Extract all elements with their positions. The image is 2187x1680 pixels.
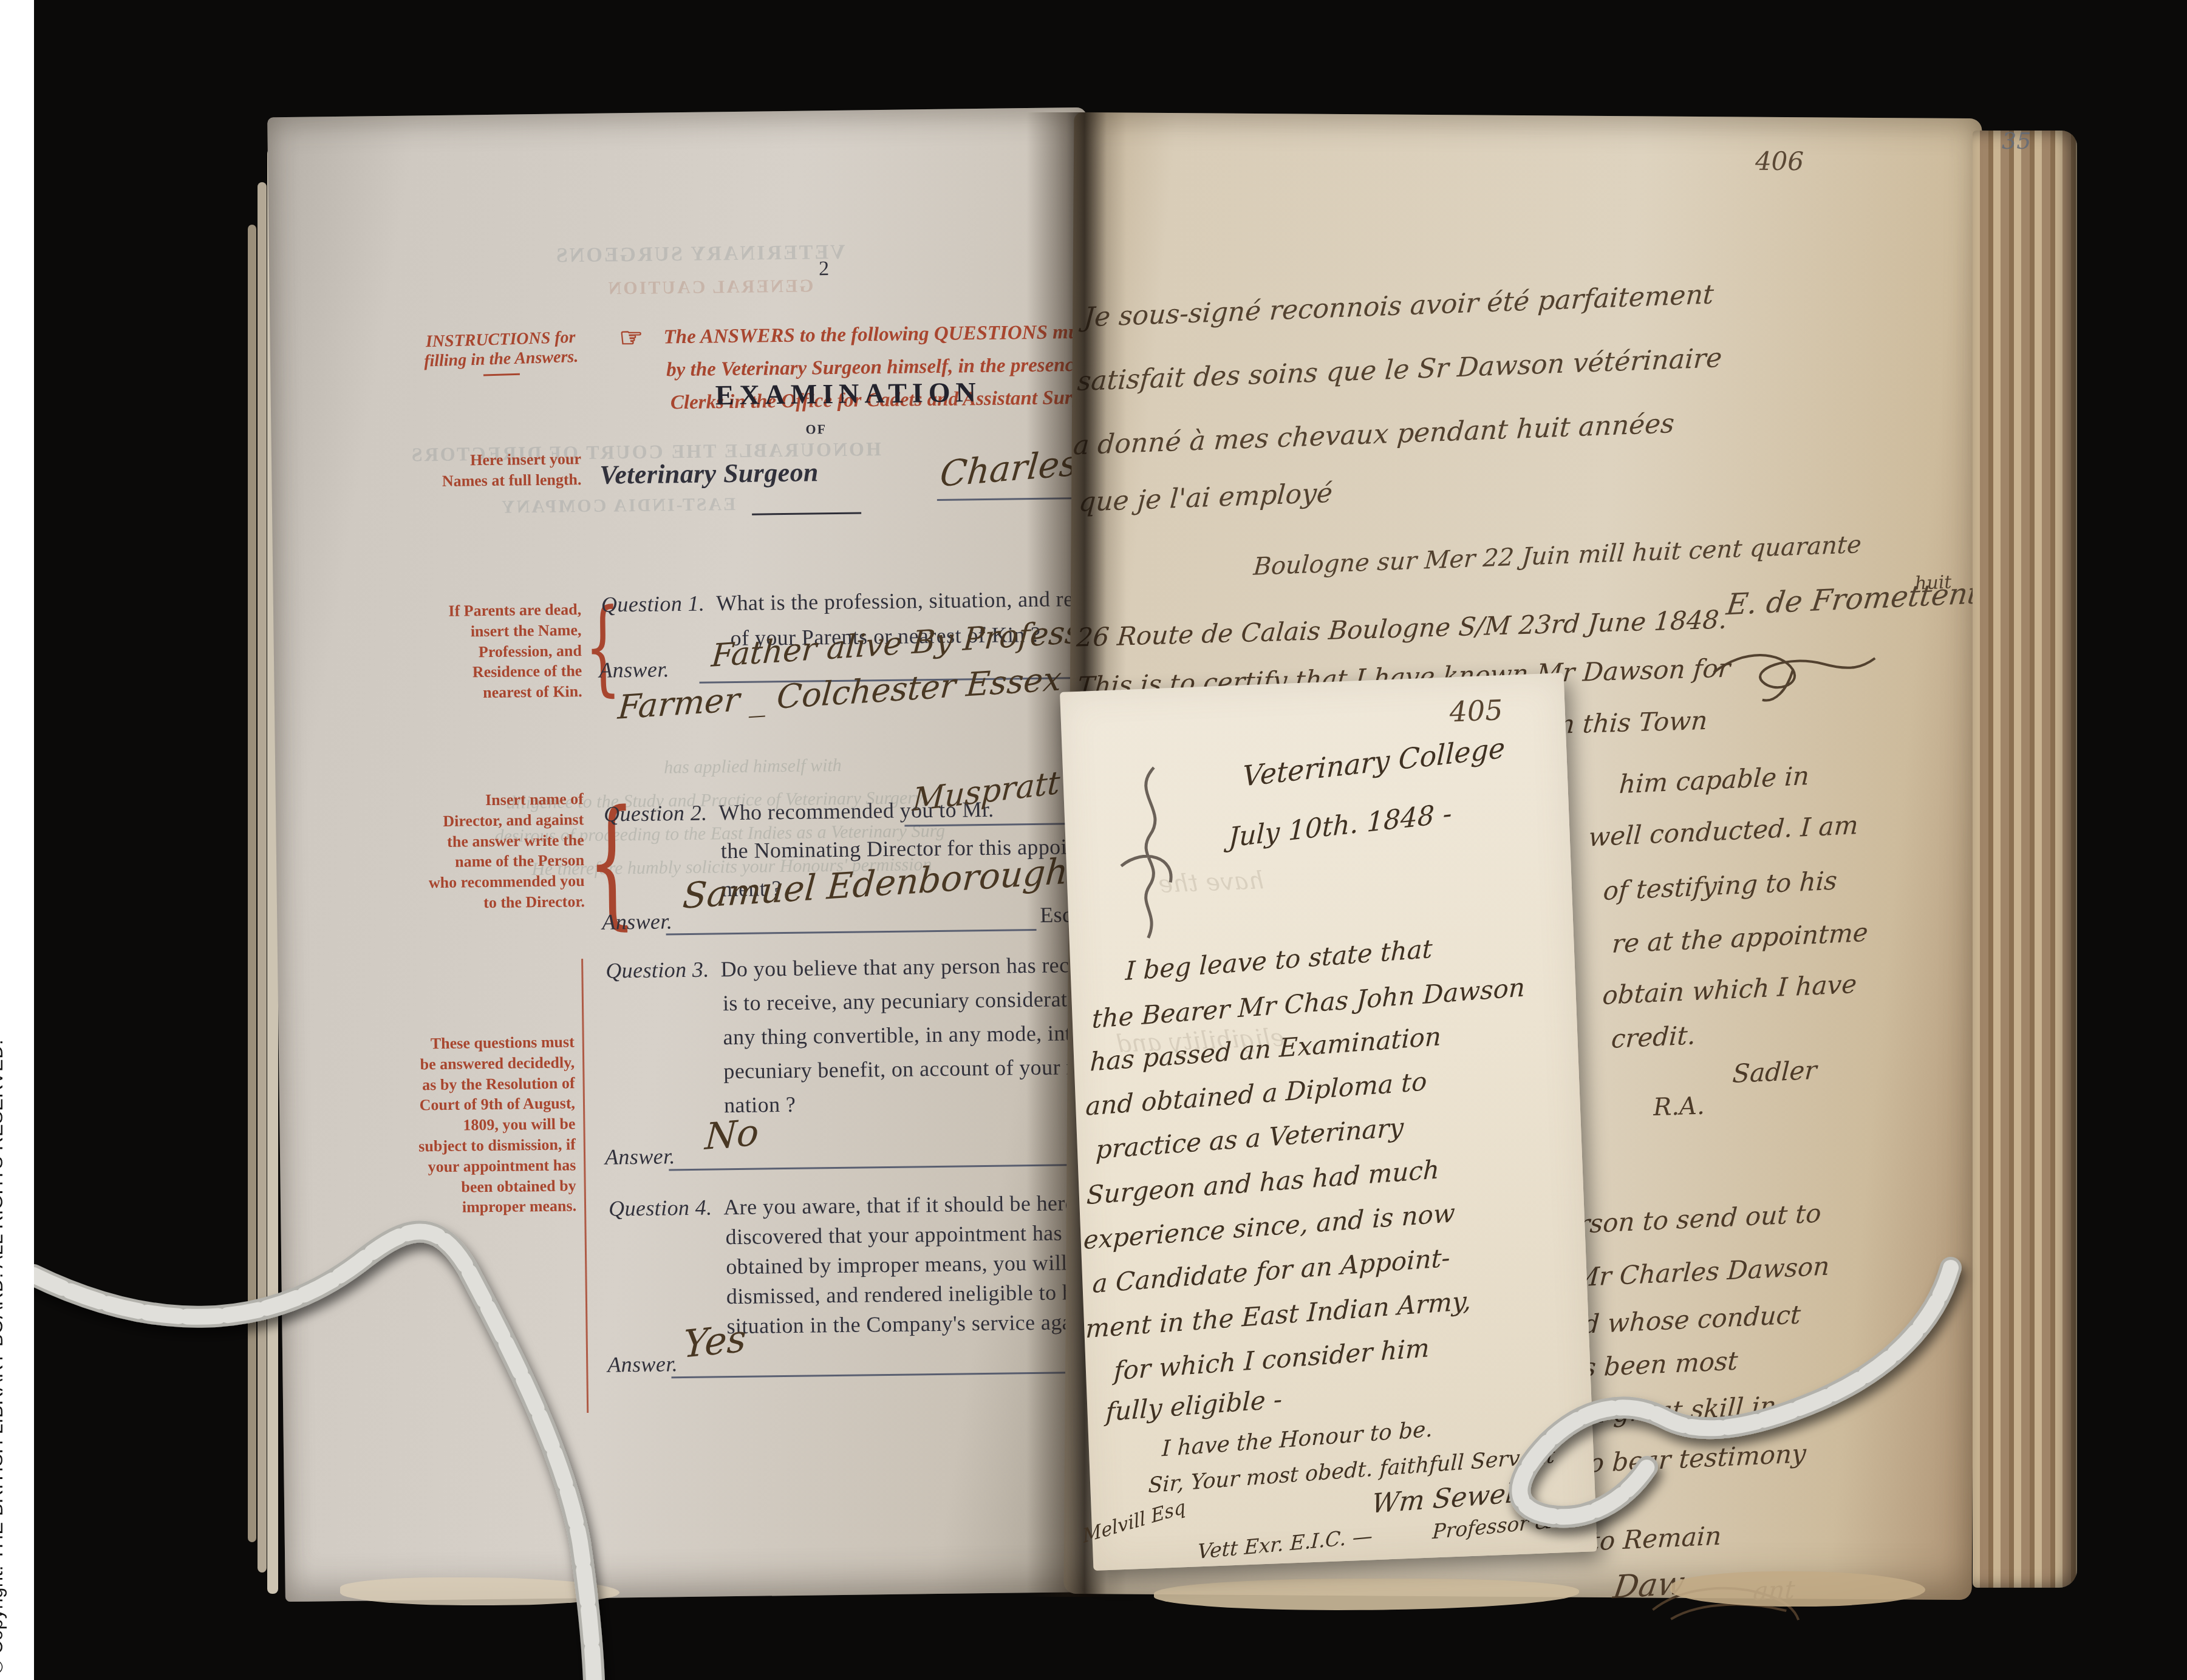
note-line: fully eligible -: [1105, 1384, 1283, 1427]
scanned-book-photograph: VETERINARY SURGEONS GENERAL CAUTION HONO…: [0, 0, 2187, 1680]
pointing-hand-icon: ☞: [619, 322, 643, 353]
french-line: Je sous-signé reconnois avoir été parfai…: [1083, 279, 1714, 333]
handwriting-fragment: re at the appointme: [1611, 917, 1869, 959]
bleedthrough-text: have the: [1158, 866, 1264, 899]
q4-label: Question 4.: [609, 1195, 712, 1221]
handwriting-fragment: Mr Charles Dawson: [1572, 1251, 1830, 1292]
q4-answer-label: Answer.: [607, 1351, 678, 1377]
note-footer-left: Melvill Esq: [1081, 1496, 1187, 1548]
torn-paper-edge: [340, 1577, 619, 1605]
copyright-text: © Copyright. THE BRITISH LIBRARY BOARD. …: [0, 1039, 7, 1674]
q1-margin-note: If Parents are dead, insert the Name, Pr…: [428, 599, 582, 704]
torn-paper-edge: [1670, 1571, 1925, 1607]
q3-margin-note: These questions must be answered decided…: [415, 1032, 577, 1218]
torn-paper-edge: [1154, 1579, 1579, 1610]
handwriting-fragment: him capable in: [1619, 761, 1810, 799]
page-number: 406: [1755, 146, 1804, 177]
handwriting-fragment: person to send out to: [1546, 1198, 1822, 1240]
q2-answer-rule: [666, 929, 1037, 935]
bleedthrough-text: VETERINARY SURGEONS: [554, 241, 845, 268]
note-heading: Veterinary College: [1242, 732, 1506, 793]
french-line: satisfait des soins que le Sr Dawson vét…: [1076, 342, 1723, 397]
copyright-strip: © Copyright. THE BRITISH LIBRARY BOARD. …: [0, 0, 34, 1680]
handwriting-fragment: well conducted. I am: [1588, 810, 1859, 852]
french-place-date: Boulogne sur Mer 22 Juin mill huit cent …: [1252, 531, 1862, 581]
page-number: 2: [819, 257, 830, 281]
left-page-examination-form: VETERINARY SURGEONS GENERAL CAUTION HONO…: [267, 107, 1105, 1602]
handwriting-fragment: R.A.: [1653, 1092, 1705, 1121]
bleedthrough-text: has applied himself with: [664, 755, 842, 778]
fore-edge-pages: [1973, 131, 2077, 1588]
q1-label: Question 1.: [601, 591, 705, 617]
handwriting-fragment: of testifying to his: [1602, 865, 1838, 906]
note-line: a Candidate for an Appoint-: [1092, 1243, 1451, 1299]
instructions-margin-label: INSTRUCTIONS for filling in the Answers.: [409, 327, 593, 378]
french-line: a donné à mes chevaux pendant huit année…: [1072, 408, 1675, 461]
divider-dot-rule: [752, 512, 861, 515]
handwriting-fragment: obtain which I have: [1602, 969, 1857, 1010]
overlay-note-405: 405 Veterinary College July 10th. 1848 -…: [1060, 673, 1597, 1571]
edge-page-number: 35: [2002, 128, 2031, 154]
q2-margin-note: Insert name of Director, and against the…: [425, 789, 585, 914]
q3-answer-label: Answer.: [605, 1143, 675, 1169]
note-line: Surgeon and has had much: [1086, 1154, 1439, 1210]
q2-answer-label: Answer.: [602, 908, 672, 934]
handwriting-fragment: credit.: [1611, 1020, 1697, 1053]
q1-answer-label: Answer.: [599, 656, 669, 682]
note-footer-mid: Vett Exr. E.I.C. —: [1197, 1524, 1373, 1564]
bleedthrough-text: EAST-INDIA COMPANY: [500, 494, 736, 518]
page-edge-stack: [258, 182, 267, 1573]
q4-answer-handwritten: Yes: [683, 1316, 748, 1367]
red-rule: [581, 959, 589, 1413]
note-date: July 10th. 1848 -: [1228, 798, 1452, 853]
certificate-address: 26 Route de Calais Boulogne S/M 23rd Jun…: [1076, 605, 1728, 653]
ink-squiggle-icon: [1080, 754, 1198, 965]
note-page-number: 405: [1449, 693, 1504, 728]
bleedthrough-text: GENERAL CAUTION: [606, 276, 813, 299]
note-line: for which I consider him: [1113, 1333, 1430, 1386]
form-heading-of: OF: [805, 421, 827, 437]
note-line: and obtained a Diploma to: [1085, 1066, 1428, 1121]
q3-label: Question 3.: [606, 957, 709, 983]
instructions-label-line2: filling in the Answers.: [424, 347, 579, 371]
q3-answer-handwritten: No: [704, 1111, 760, 1158]
page-edge-stack: [248, 225, 256, 1542]
surgeon-label: Veterinary Surgeon: [599, 457, 819, 490]
form-heading: EXAMINATION: [715, 376, 981, 411]
note-closing: I have the Honour to be.: [1161, 1416, 1433, 1461]
margin-note-names: Here insert your Names at full length.: [442, 449, 582, 491]
handwriting-fragment: to Remain: [1589, 1521, 1722, 1557]
french-signature: E. de Fromettent: [1725, 576, 1982, 622]
handwriting-fragment: Sadler: [1732, 1055, 1818, 1089]
q2-label: Question 2.: [604, 801, 708, 826]
q1-answer-handwritten: Farmer _ Colchester Essex: [616, 659, 1063, 727]
note-line: practice as a Veterinary: [1095, 1112, 1404, 1165]
